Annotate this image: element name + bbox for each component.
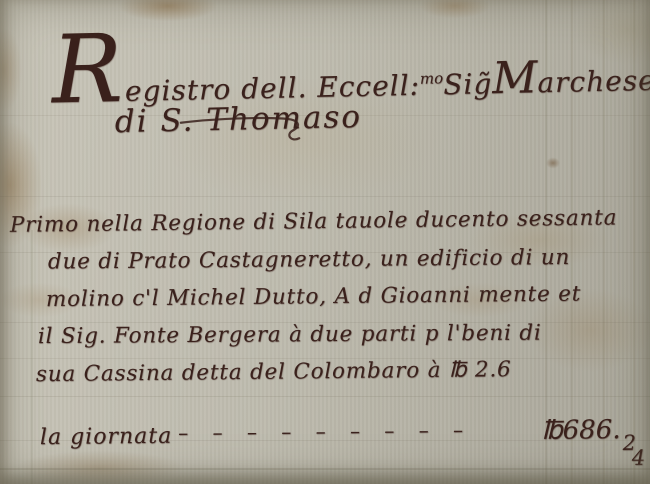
underline-flourish-icon	[179, 116, 307, 141]
heading-line-1: Registro dell. Eccell:mo Sig̃ Marchese.	[51, 20, 650, 110]
heading-line-2: di S. Thomaso	[114, 99, 362, 140]
body-line: due di Prato Castagneretto, un edificio …	[48, 244, 635, 287]
register-heading: Registro dell. Eccell:mo Sig̃ Marchese. …	[51, 20, 650, 142]
fraction-denominator: 4	[632, 451, 646, 466]
heading-superscript: mo	[420, 69, 444, 87]
decorative-initial-r: R	[51, 31, 123, 110]
total-fraction: 2 4	[623, 436, 637, 466]
body-line: sua Cassina detta del Colombaro à ℔ 2.6	[36, 356, 635, 400]
body-line: molino c'l Michel Dutto, A d Gioanni men…	[46, 281, 635, 325]
crease-line	[0, 468, 650, 470]
manuscript-photo: Registro dell. Eccell:mo Sig̃ Marchese. …	[0, 0, 650, 484]
heading-text: Sig̃	[443, 67, 493, 101]
heading-text: archese.	[537, 64, 650, 100]
dash-leader: – – – – – – – – –	[172, 417, 541, 445]
decorative-initial-m: M	[492, 60, 538, 96]
body-line: Primo nella Regione di Sila tauole ducen…	[10, 205, 635, 250]
crease-line	[0, 196, 650, 197]
total-row: la giornata – – – – – – – – – ℔686. 2 4	[40, 415, 636, 460]
body-line: il Sig. Fonte Bergera à due parti p l'be…	[38, 319, 635, 361]
entry-paragraph: Primo nella Regione di Sila tauole ducen…	[10, 209, 635, 397]
total-label: la giornata	[40, 424, 173, 450]
total-amount: ℔686.	[541, 415, 620, 446]
